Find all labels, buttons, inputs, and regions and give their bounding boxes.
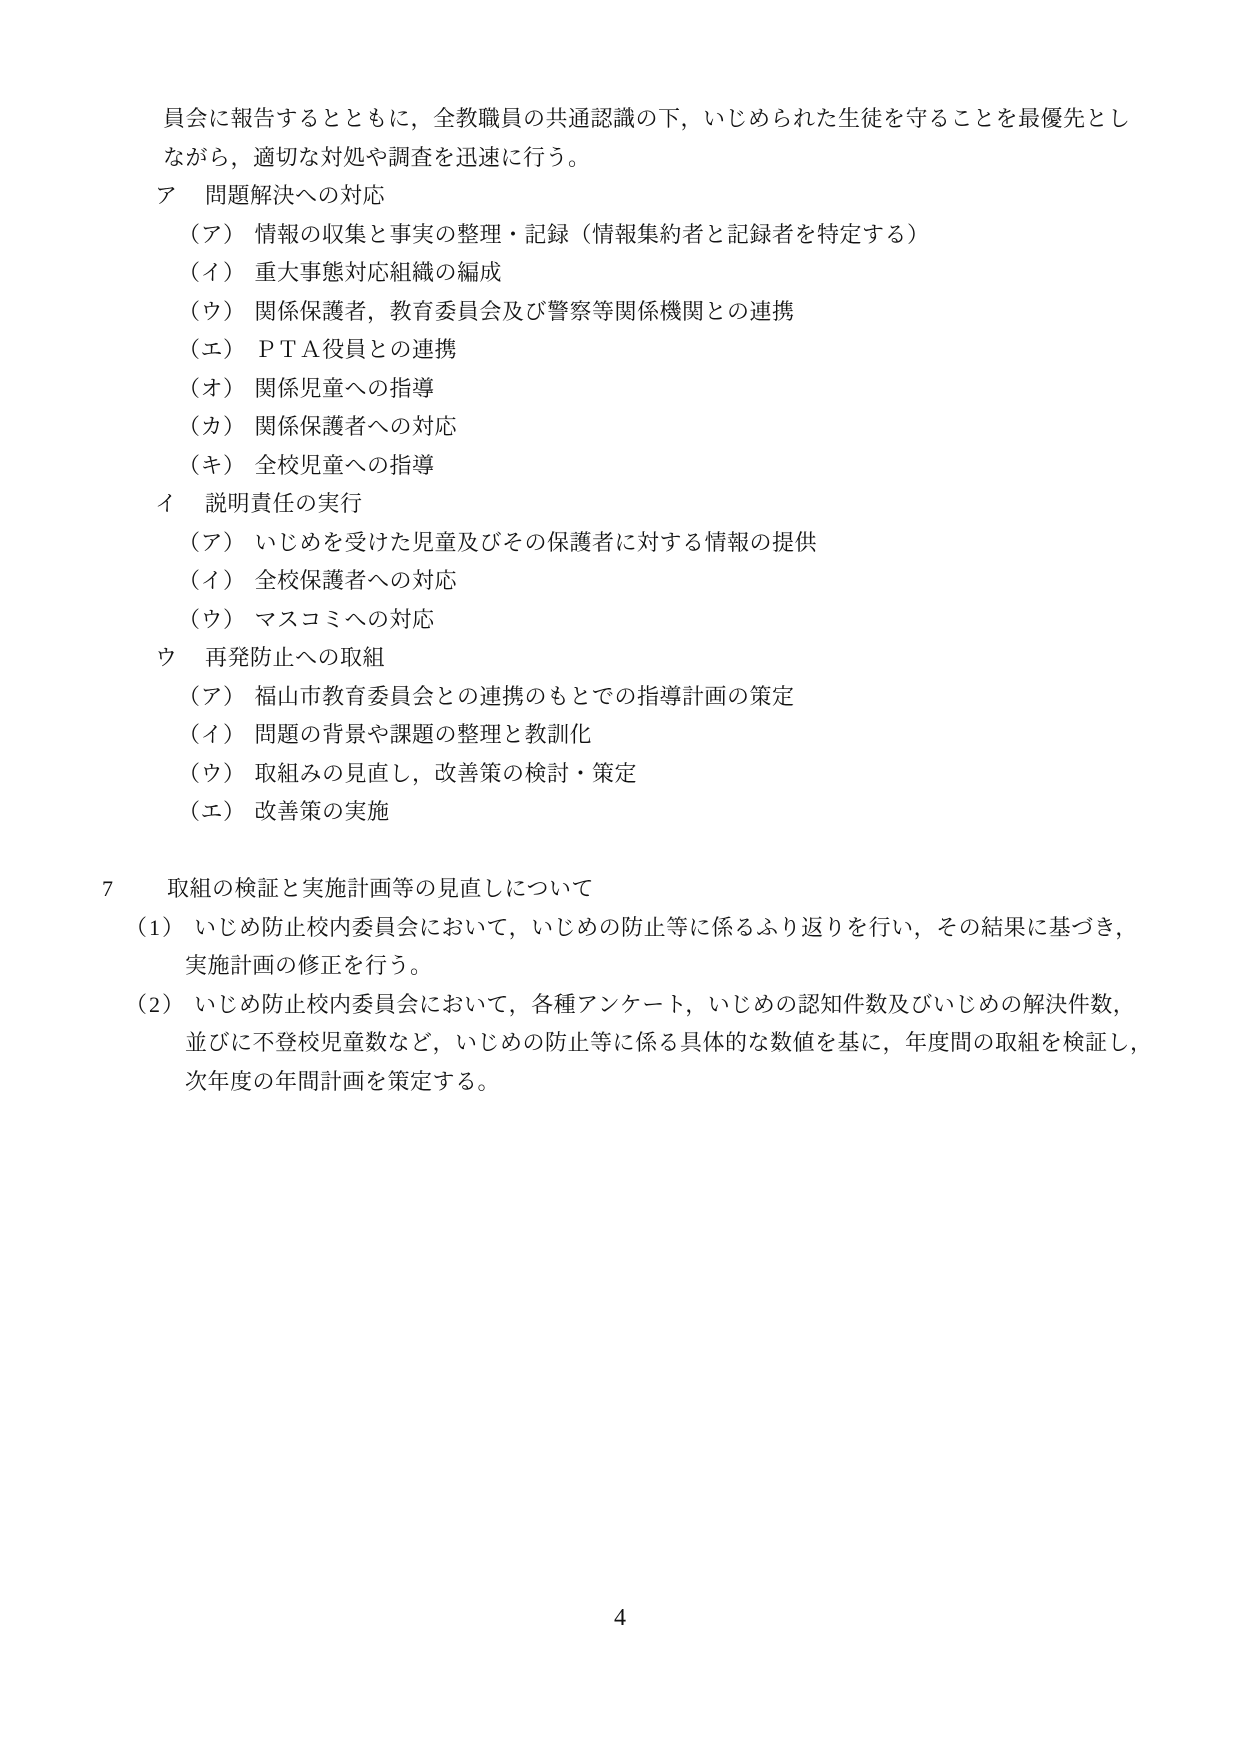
section-number: 7 (102, 870, 167, 909)
outline-heading-i: イ説明責任の実行 (0, 485, 1240, 524)
outline-item: （エ）ＰＴＡ役員との連携 (0, 331, 1240, 370)
document-page: 員会に報告するとともに，全教職員の共通認識の下，いじめられた生徒を守ることを最優… (0, 0, 1240, 1755)
paragraph-continuation-line: 員会に報告するとともに，全教職員の共通認識の下，いじめられた生徒を守ることを最優… (0, 100, 1240, 139)
blank-line (0, 832, 1240, 871)
outline-heading-a: ア問題解決への対応 (0, 177, 1240, 216)
page-number: 4 (0, 1598, 1240, 1638)
outline-item-text: ＰＴＡ役員との連携 (255, 337, 458, 362)
outline-item-marker: （エ） (178, 337, 246, 362)
outline-item: （キ）全校児童への指導 (0, 447, 1240, 486)
outline-item-text: 情報の収集と事実の整理・記録（情報集約者と記録者を特定する） (255, 222, 930, 247)
section-7-heading: 7取組の検証と実施計画等の見直しについて (0, 870, 1240, 909)
outline-item: （ア）福山市教育委員会との連携のもとでの指導計画の策定 (0, 678, 1240, 717)
outline-item-marker: （イ） (178, 722, 246, 747)
outline-item-text: 取組みの見直し，改善策の検討・策定 (255, 761, 638, 786)
outline-item: （ウ）取組みの見直し，改善策の検討・策定 (0, 755, 1240, 794)
numbered-item-2: （2）いじめ防止校内委員会において，各種アンケート，いじめの認知件数及びいじめの… (0, 986, 1240, 1025)
numbered-item-2-continuation: 次年度の年間計画を策定する。 (0, 1063, 1240, 1102)
document-content: 員会に報告するとともに，全教職員の共通認識の下，いじめられた生徒を守ることを最優… (0, 100, 1240, 1101)
numbered-item-text: いじめ防止校内委員会において，いじめの防止等に係るふり返りを行い，その結果に基づ… (194, 915, 1138, 940)
outline-item-marker: （カ） (178, 414, 246, 439)
numbered-item-text: いじめ防止校内委員会において，各種アンケート，いじめの認知件数及びいじめの解決件… (194, 992, 1135, 1017)
outline-heading-marker: ア (155, 177, 205, 216)
outline-item-marker: （ア） (178, 530, 246, 555)
outline-heading-title: 説明責任の実行 (205, 491, 363, 516)
outline-heading-u: ウ再発防止への取組 (0, 639, 1240, 678)
outline-item-text: 重大事態対応組織の編成 (255, 260, 503, 285)
outline-item: （イ）問題の背景や課題の整理と教訓化 (0, 716, 1240, 755)
outline-heading-marker: イ (155, 485, 205, 524)
outline-item-text: 改善策の実施 (255, 799, 390, 824)
outline-item-marker: （ウ） (178, 761, 246, 786)
outline-item: （ア）情報の収集と事実の整理・記録（情報集約者と記録者を特定する） (0, 216, 1240, 255)
outline-item-marker: （キ） (178, 453, 246, 478)
outline-item: （エ）改善策の実施 (0, 793, 1240, 832)
outline-item-text: 関係保護者への対応 (255, 414, 458, 439)
outline-item-marker: （ウ） (178, 299, 246, 324)
outline-item-marker: （ア） (178, 222, 246, 247)
outline-item-marker: （ウ） (178, 607, 246, 632)
numbered-item-marker: （1） (125, 915, 186, 940)
outline-item: （ウ）マスコミへの対応 (0, 601, 1240, 640)
outline-heading-marker: ウ (155, 639, 205, 678)
outline-item-text: 関係児童への指導 (255, 376, 435, 401)
outline-item-text: 全校保護者への対応 (255, 568, 458, 593)
paragraph-continuation-line: ながら，適切な対処や調査を迅速に行う。 (0, 139, 1240, 178)
numbered-item-2-continuation: 並びに不登校児童数など，いじめの防止等に係る具体的な数値を基に，年度間の取組を検… (0, 1024, 1240, 1063)
outline-item-marker: （イ） (178, 260, 246, 285)
outline-item: （ア）いじめを受けた児童及びその保護者に対する情報の提供 (0, 524, 1240, 563)
outline-item: （オ）関係児童への指導 (0, 370, 1240, 409)
outline-item-marker: （エ） (178, 799, 246, 824)
numbered-item-1: （1）いじめ防止校内委員会において，いじめの防止等に係るふり返りを行い，その結果… (0, 909, 1240, 948)
outline-item: （イ）全校保護者への対応 (0, 562, 1240, 601)
section-title: 取組の検証と実施計画等の見直しについて (167, 876, 594, 901)
outline-heading-title: 再発防止への取組 (205, 645, 385, 670)
numbered-item-1-continuation: 実施計画の修正を行う。 (0, 947, 1240, 986)
outline-item-text: 全校児童への指導 (255, 453, 435, 478)
outline-item-marker: （ア） (178, 684, 246, 709)
outline-item-text: 福山市教育委員会との連携のもとでの指導計画の策定 (255, 684, 795, 709)
outline-item-text: いじめを受けた児童及びその保護者に対する情報の提供 (255, 530, 818, 555)
numbered-item-marker: （2） (125, 992, 186, 1017)
outline-item: （カ）関係保護者への対応 (0, 408, 1240, 447)
outline-item-text: マスコミへの対応 (255, 607, 435, 632)
outline-heading-title: 問題解決への対応 (205, 183, 385, 208)
outline-item-text: 関係保護者，教育委員会及び警察等関係機関との連携 (255, 299, 795, 324)
outline-item-marker: （オ） (178, 376, 246, 401)
outline-item-text: 問題の背景や課題の整理と教訓化 (255, 722, 593, 747)
outline-item: （ウ）関係保護者，教育委員会及び警察等関係機関との連携 (0, 293, 1240, 332)
outline-item: （イ）重大事態対応組織の編成 (0, 254, 1240, 293)
outline-item-marker: （イ） (178, 568, 246, 593)
